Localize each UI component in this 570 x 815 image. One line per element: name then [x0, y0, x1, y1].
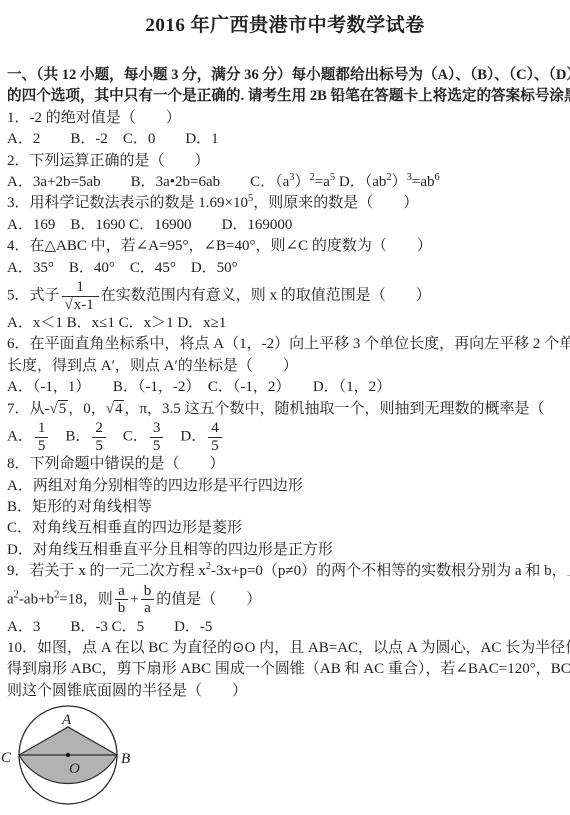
superscript: 6: [435, 172, 440, 183]
sqrt-expression: √5: [50, 399, 69, 420]
question-7-options: A．15 B．25 C．35 D．45: [7, 420, 568, 454]
question-3-stem: 3．用科学记数法表示的数是 1.69×105，则原来的数是（ ）: [7, 193, 568, 214]
superscript: 3: [407, 172, 412, 183]
question-8-option-c: C．对角线互相垂直的四边形是菱形: [7, 518, 568, 539]
instructions-line-1: 一、（共 12 小题，每小题 3 分，满分 36 分）每小题都给出标号为（A）、…: [7, 65, 566, 86]
superscript: 2: [206, 561, 211, 572]
circle-diagram: A C B O: [0, 703, 150, 812]
superscript: 3: [289, 172, 294, 183]
exam-page: 2016 年广西贵港市中考数学试卷 一、（共 12 小题，每小题 3 分，满分 …: [0, 0, 570, 815]
fraction: 15: [35, 420, 49, 454]
fraction: 45: [208, 420, 222, 454]
superscript: 5: [248, 193, 253, 204]
question-2-stem: 2．下列运算正确的是（ ）: [7, 151, 568, 172]
question-6-stem-cont: 长度，得到点 A′，则点 A′的坐标是（ ）: [7, 356, 568, 377]
fraction: ba: [141, 583, 155, 617]
question-5-stem: 5．式子1√x-1在实数范围内有意义，则 x 的取值范围是（ ）: [7, 279, 568, 313]
sqrt-expression: √4: [106, 399, 125, 420]
question-1-options: A．2 B．-2 C．0 D．1: [7, 129, 568, 150]
question-6-options: A．（-1，1） B．（-1，-2） C．（-1，2） D．（1，2）: [7, 377, 568, 398]
question-10-stem: 10．如图，点 A 在以 BC 为直径的⊙O 内，且 AB=AC，以点 A 为圆…: [7, 638, 568, 659]
label-O: O: [69, 761, 80, 777]
question-9-stem-cont: a2-ab+b2=18，则ab+ba的值是（ ）: [7, 583, 568, 617]
page-title: 2016 年广西贵港市中考数学试卷: [0, 0, 570, 37]
superscript: 2: [14, 589, 19, 600]
question-9-options: A．3 B．-3 C．5 D．-5: [7, 617, 568, 638]
fraction: ab: [115, 583, 129, 617]
fraction: 35: [150, 420, 164, 454]
fraction: 1√x-1: [62, 279, 99, 313]
superscript: 5: [330, 172, 335, 183]
question-10-stem-cont: 得到扇形 ABC，剪下扇形 ABC 围成一个圆锥（AB 和 AC 重合），若∠B…: [7, 659, 568, 680]
question-4-options: A．35° B．40° C．45° D．50°: [7, 258, 568, 279]
center-point: [66, 753, 70, 757]
question-8-option-a: A．两组对角分别相等的四边形是平行四边形: [7, 476, 568, 497]
question-8-option-b: B．矩形的对角线相等: [7, 497, 568, 518]
label-C: C: [1, 750, 12, 766]
question-7-stem: 7．从-√5，0，√4，π，3.5 这五个数中，随机抽取一个，则抽到无理数的概率…: [7, 399, 568, 420]
question-5-options: A．x＜1 B．x≤1 C．x＞1 D．x≥1: [7, 313, 568, 334]
superscript: 2: [54, 589, 59, 600]
superscript: 2: [386, 172, 391, 183]
question-6-stem: 6．在平面直角坐标系中，将点 A（1，-2）向上平移 3 个单位长度，再向左平移…: [7, 334, 568, 355]
question-10-stem-cont: 则这个圆锥底面圆的半径是（ ）: [7, 681, 568, 702]
sqrt-expression: √x-1: [65, 297, 96, 314]
label-B: B: [121, 751, 130, 767]
question-8-stem: 8．下列命题中错误的是（ ）: [7, 454, 568, 475]
question-2-options: A．3a+2b=5ab B．3a•2b=6ab C．（a3）2=a5 D．（ab…: [7, 172, 568, 193]
question-8-option-d: D．对角线互相垂直平分且相等的四边形是正方形: [7, 540, 568, 561]
fraction: 25: [92, 420, 106, 454]
label-A: A: [61, 712, 72, 728]
question-1-stem: 1．-2 的绝对值是（ ）: [7, 108, 568, 129]
question-9-stem: 9．若关于 x 的一元二次方程 x2-3x+p=0（p≠0）的两个不相等的实数根…: [7, 561, 568, 582]
question-4-stem: 4．在△ABC 中，若∠A=95°，∠B=40°，则∠C 的度数为（ ）: [7, 236, 568, 257]
questions: 1．-2 的绝对值是（ ）A．2 B．-2 C．0 D．12．下列运算正确的是（…: [7, 108, 568, 702]
question-3-options: A．169 B．1690 C．16900 D．169000: [7, 215, 568, 236]
superscript: 2: [310, 172, 315, 183]
question-10-figure: A C B O: [0, 703, 570, 815]
instructions-line-2: 的四个选项，其中只有一个是正确的. 请考生用 2B 铅笔在答题卡上将选定的答案标…: [7, 86, 566, 107]
section-instructions: 一、（共 12 小题，每小题 3 分，满分 36 分）每小题都给出标号为（A）、…: [7, 65, 566, 108]
